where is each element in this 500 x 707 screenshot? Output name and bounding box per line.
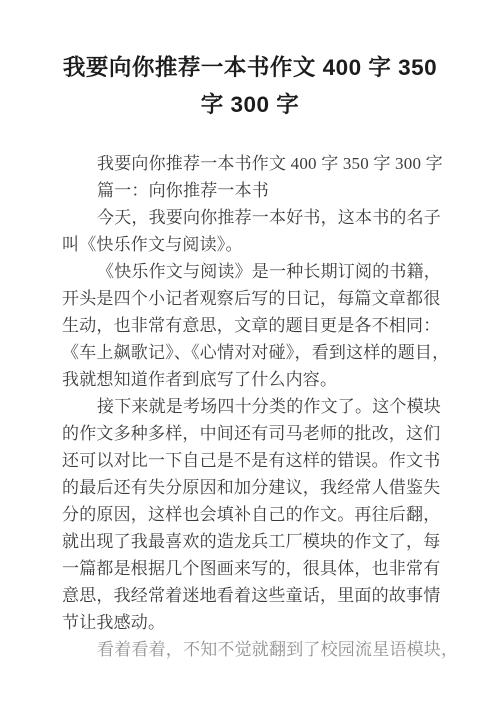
body-line: 意思，我经常着迷地看着这些童话，里面的故事情 [62,582,442,609]
document-page: 我要向你推荐一本书作文 400 字 350 字 300 字 我要向你推荐一本书作… [0,0,500,707]
body-line: 我要向你推荐一本书作文 400 字 350 字 300 字 [62,150,442,177]
title-line-1: 我要向你推荐一本书作文 400 字 350 [0,49,500,86]
body-line: 看着看着，不知不觉就翻到了校园流星语模块， [62,636,442,663]
body-line: 接下来就是考场四十分类的作文了。这个模块 [62,393,442,420]
body-line: 《车上飙歌记》、《心情对对碰》，看到这样的题目， [62,339,442,366]
body-line: 还可以对比一下自己是不是有这样的错误。作文书 [62,447,442,474]
body-line: 篇一：向你推荐一本书 [62,177,442,204]
body-line: 今天，我要向你推荐一本好书，这本书的名子 [62,204,442,231]
body-line: 生动，也非常有意思，文章的题目更是各不相同： [62,312,442,339]
body-line: 《快乐作文与阅读》是一种长期订阅的书籍， [62,258,442,285]
body-line: 节让我感动。 [62,609,442,636]
document-body: 我要向你推荐一本书作文 400 字 350 字 300 字 篇一：向你推荐一本书… [62,150,442,663]
body-line: 分的原因，这样也会填补自己的作文。再往后翻， [62,501,442,528]
title-line-2: 字 300 字 [0,86,500,123]
body-line: 就出现了我最喜欢的造龙兵工厂模块的作文了，每 [62,528,442,555]
body-line: 一篇都是根据几个图画来写的，很具体，也非常有 [62,555,442,582]
body-line: 叫《快乐作文与阅读》。 [62,231,442,258]
body-line: 我就想知道作者到底写了什么内容。 [62,366,442,393]
body-line: 开头是四个小记者观察后写的日记，每篇文章都很 [62,285,442,312]
document-title: 我要向你推荐一本书作文 400 字 350 字 300 字 [0,49,500,123]
body-line: 的作文多种多样，中间还有司马老师的批改，这们 [62,420,442,447]
body-line: 的最后还有失分原因和加分建议，我经常人借鉴失 [62,474,442,501]
